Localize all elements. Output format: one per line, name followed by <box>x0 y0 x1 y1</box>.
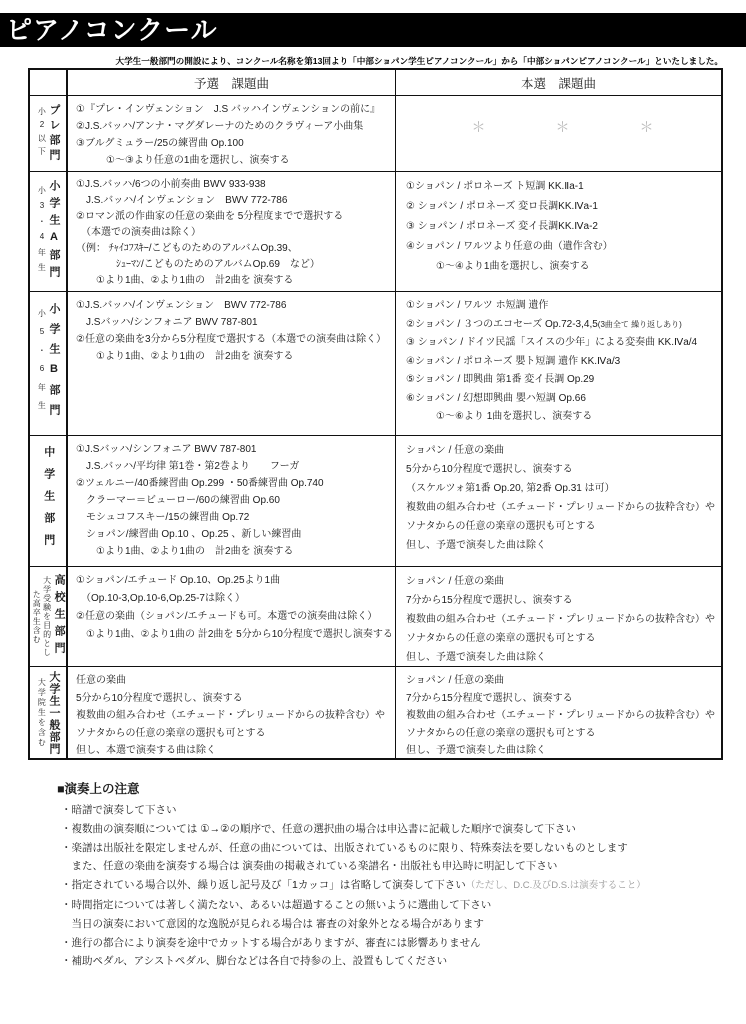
note-line: ・楽譜は出版社を限定しませんが、任意の曲については、出版されているものに限り、特… <box>57 839 722 858</box>
preliminary-pieces-cell: ①『プレ・インヴェンション J.S バッハインヴェンションの前に』 ②J.S.バ… <box>68 96 396 171</box>
text-line: ①ショパン / ワルツ ホ短調 遺作 <box>406 297 719 316</box>
section-row-high-school: た高卒生含む 大学受験を目的とし 高校生部門 ①ショパン/エチュード Op.10… <box>30 566 721 666</box>
preliminary-pieces-cell: 任意の楽曲 5分から10分程度で選択し、演奏する 複数曲の組み合わせ（エチュード… <box>68 667 396 758</box>
performance-notes: ■演奏上の注意 ・暗譜で演奏して下さい ・複数曲の演奏順については ①→②の順序… <box>57 779 722 971</box>
category-name-label: 高校生部門 <box>53 574 65 659</box>
note-line: 当日の演奏において意図的な逸脱が見られる場合は 審査の対象外となる場合があります <box>57 915 722 934</box>
text-line: ショパン/練習曲 Op.10 、Op.25 、新しい練習曲 <box>76 526 393 543</box>
note-line: また、任意の楽曲を演奏する場合は 演奏曲の掲載されている楽譜名・出版社も申込時に… <box>57 857 722 876</box>
text-line: ③ブルグミュラー/25の練習曲 Op.100 <box>76 135 393 152</box>
text-line: 7分から15分程度で選択し、演奏する <box>406 591 719 610</box>
repeat-note: (3曲全て 繰り返しあり) <box>598 320 682 329</box>
text-line: （Op.10-3,Op.10-6,Op.25-7は除く） <box>76 590 393 608</box>
text-line: ショパン / 任意の楽曲 <box>406 441 719 460</box>
note-line: ・指定されている場合以外、繰り返し記号及び「1カッコ」は省略して演奏して下さい（… <box>57 876 722 896</box>
section-row-university-general: 大学院生を含む 大学生一般部門 任意の楽曲 5分から10分程度で選択し、演奏する… <box>30 666 721 758</box>
text-line: ①より1曲、②より1曲の 計2曲を 演奏する <box>76 543 393 560</box>
final-pieces-cell: ショパン / 任意の楽曲 7分から15分程度で選択し、演奏する 複数曲の組み合わ… <box>396 567 721 666</box>
title-banner: ピアノコンクール <box>0 13 746 47</box>
text-line: クラーマー＝ビューロー/60の練習曲 Op.60 <box>76 492 393 509</box>
text-line: （例： ﾁｬｲｺﾌｽｷｰ/こどものためのアルバムOp.39、 <box>76 241 393 257</box>
preliminary-pieces-cell: ①ショパン/エチュード Op.10、Op.25より1曲 （Op.10-3,Op.… <box>68 567 396 666</box>
text-line: 複数曲の組み合わせ（エチュード・プレリュードからの抜粋含む）や <box>76 707 393 725</box>
header-preliminary: 予選 課題曲 <box>68 70 396 95</box>
text-line: ソナタからの任意の楽章の選択も可とする <box>406 629 719 648</box>
text-line: ①～③より任意の1曲を選択し、演奏する <box>76 152 393 169</box>
asterisks-row: ＊ ＊ ＊ <box>406 101 719 137</box>
category-note-label: 大学受験を目的とし <box>42 576 50 657</box>
text-line: J.S.バッハ/インヴェンション BWV 772-786 <box>76 193 393 209</box>
category-label-cell: た高卒生含む 大学受験を目的とし 高校生部門 <box>30 567 68 666</box>
text-line: ショパン / 任意の楽曲 <box>406 572 719 591</box>
section-row-elementary-b: 小5・6年生 小学生B部門 ①J.S.バッハ/インヴェンション BWV 772-… <box>30 291 721 435</box>
text-line: 複数曲の組み合わせ（エチュード・プレリュードからの抜粋含む）や <box>406 707 719 725</box>
rename-notice-text: 大学生一般部門の開設により、コンクール名称を第13回より「中部ショパン学生ピアノ… <box>115 55 723 67</box>
table-header-row: 予選 課題曲 本選 課題曲 <box>30 70 721 95</box>
text-line: ①ショパン/エチュード Op.10、Op.25より1曲 <box>76 572 393 590</box>
category-note-label: 大学院生を含む <box>37 678 45 748</box>
note-line: ・暗譜で演奏して下さい <box>57 801 722 820</box>
category-grade-label: 小2以下 <box>37 107 45 160</box>
text-line: J.Sバッハ/シンフォニア BWV 787-801 <box>76 314 393 331</box>
notes-heading: ■演奏上の注意 <box>57 779 722 797</box>
text-line: ③ ショパン / ポロネーズ 変イ長調KK.Ⅳa-2 <box>406 217 719 237</box>
category-label-cell: 大学院生を含む 大学生一般部門 <box>30 667 68 758</box>
note-line: ・進行の都合により演奏を途中でカットする場合がありますが、審査には影響ありません <box>57 934 722 953</box>
text-line: ②ショパン / ３つのエコセーズ Op.72-3,4,5(3曲全て 繰り返しあり… <box>406 316 719 335</box>
category-grade-label: 小3・4年生 <box>37 186 45 278</box>
category-name-label: プレ部門 <box>47 104 59 164</box>
note-line: ・補助ペダル、アシストペダル、脚台などは各自で持参の上、設置もしてください <box>57 952 722 971</box>
preliminary-pieces-cell: ①J.S.バッハ/6つの小前奏曲 BWV 933-938 J.S.バッハ/インヴ… <box>68 172 396 291</box>
section-row-junior-high: 中学生部門 ①J.Sバッハ/シンフォニア BWV 787-801 J.S.バッハ… <box>30 435 721 566</box>
text-line: 但し、本選で演奏する曲は除く <box>76 742 393 758</box>
text-line: 複数曲の組み合わせ（エチュード・プレリュードからの抜粋含む）や <box>406 498 719 517</box>
category-grade-label: 小5・6年生 <box>37 309 45 419</box>
header-final: 本選 課題曲 <box>396 70 721 95</box>
category-label-cell: 小3・4年生 小学生A部門 <box>30 172 68 291</box>
text-line: ①～④より1曲を選択し、演奏する <box>406 257 719 277</box>
text-line: ⑥ショパン / 幻想即興曲 嬰ハ短調 Op.66 <box>406 390 719 409</box>
text-line: 但し、予選で演奏した曲は除く <box>406 648 719 666</box>
text-line: ①J.S.バッハ/インヴェンション BWV 772-786 <box>76 297 393 314</box>
text-line: 5分から10分程度で選択し、演奏する <box>406 460 719 479</box>
text-line: モシュコフスキー/15の練習曲 Op.72 <box>76 509 393 526</box>
text-line: ②任意の楽曲（ショパン/エチュードも可。本選での演奏曲は除く） <box>76 608 393 626</box>
text-line: ①より1曲、②より1曲の 計2曲を 演奏する <box>76 273 393 289</box>
final-pieces-cell: ショパン / 任意の楽曲 5分から10分程度で選択し、演奏する （スケルツォ第1… <box>396 436 721 566</box>
note-gray-supplement: （ただし、D.C.及びD.S.は演奏すること） <box>466 880 646 891</box>
text-line: ①より1曲、②より1曲の 計2曲を 演奏する <box>76 348 393 365</box>
text-line: ①J.Sバッハ/シンフォニア BWV 787-801 <box>76 441 393 458</box>
text-line: ①ショパン / ポロネーズ ト短調 KK.Ⅱa-1 <box>406 177 719 197</box>
final-pieces-cell: ショパン / 任意の楽曲 7分から15分程度で選択し、演奏する 複数曲の組み合わ… <box>396 667 721 758</box>
text-line: ④ショパン / ワルツより任意の曲（遺作含む） <box>406 237 719 257</box>
text-line: ソナタからの任意の楽章の選択も可とする <box>406 517 719 536</box>
repertoire-table: 予選 課題曲 本選 課題曲 小2以下 プレ部門 ①『プレ・インヴェンション J.… <box>28 68 723 760</box>
text-line: ②ロマン派の作曲家の任意の楽曲を 5分程度までで選択する <box>76 209 393 225</box>
note-line: ・時間指定については著しく満たない、あるいは超過することの無いように選曲して下さ… <box>57 896 722 915</box>
text-line: ①～⑥より 1曲を選択し、演奏する <box>406 408 719 427</box>
preliminary-pieces-cell: ①J.S.バッハ/インヴェンション BWV 772-786 J.Sバッハ/シンフ… <box>68 292 396 435</box>
text-line: ショパン / 任意の楽曲 <box>406 672 719 690</box>
text-line: 但し、予選で演奏した曲は除く <box>406 742 719 758</box>
text-line: 任意の楽曲 <box>76 672 393 690</box>
text-line: 7分から15分程度で選択し、演奏する <box>406 690 719 708</box>
text-line: ①より1曲、②より1曲の 計2曲を 5分から10分程度で選択し演奏する <box>76 626 393 644</box>
text-line: 但し、予選で演奏した曲は除く <box>406 536 719 555</box>
category-name-label: 小学生A部門 <box>47 180 59 283</box>
text-line: （スケルツォ第1番 Op.20, 第2番 Op.31 は可） <box>406 479 719 498</box>
note-line: ・複数曲の演奏順については ①→②の順序で、任意の選択曲の場合は申込書に記載した… <box>57 820 722 839</box>
page-title: ピアノコンクール <box>0 13 746 47</box>
text-line: ①J.S.バッハ/6つの小前奏曲 BWV 933-938 <box>76 177 393 193</box>
text-line: ②任意の楽曲を3分から5分程度で選択する（本選での演奏曲は除く） <box>76 331 393 348</box>
text-line: ②J.S.バッハ/アンナ・マグダレーナのためのクラヴィーア小曲集 <box>76 118 393 135</box>
final-pieces-cell: ①ショパン / ポロネーズ ト短調 KK.Ⅱa-1 ② ショパン / ポロネーズ… <box>396 172 721 291</box>
text-line: ソナタからの任意の楽章の選択も可とする <box>76 725 393 743</box>
category-name-label: 大学生一般部門 <box>47 671 59 755</box>
section-row-elementary-a: 小3・4年生 小学生A部門 ①J.S.バッハ/6つの小前奏曲 BWV 933-9… <box>30 171 721 291</box>
text-line: ②ツェルニー/40番練習曲 Op.299 ・50番練習曲 Op.740 <box>76 475 393 492</box>
text-line: 複数曲の組み合わせ（エチュード・プレリュードからの抜粋含む）や <box>406 610 719 629</box>
final-pieces-cell: ＊ ＊ ＊ <box>396 96 721 171</box>
text-line: ④ショパン / ポロネーズ 嬰ト短調 遺作 KK.Ⅳa/3 <box>406 353 719 372</box>
text-line: ｼｭｰﾏﾝ/こどものためのアルバムOp.69 など） <box>76 257 393 273</box>
category-label-cell: 小2以下 プレ部門 <box>30 96 68 171</box>
text-line: 5分から10分程度で選択し、演奏する <box>76 690 393 708</box>
section-row-pre: 小2以下 プレ部門 ①『プレ・インヴェンション J.S バッハインヴェンションの… <box>30 95 721 171</box>
category-note-label: た高卒生含む <box>32 590 40 644</box>
text-line: ①『プレ・インヴェンション J.S バッハインヴェンションの前に』 <box>76 101 393 118</box>
text-line: J.S.バッハ/平均律 第1巻・第2巻より フーガ <box>76 458 393 475</box>
category-label-cell: 小5・6年生 小学生B部門 <box>30 292 68 435</box>
category-name-label: 小学生B部門 <box>47 303 59 424</box>
text-line: ② ショパン / ポロネーズ 変ロ長調KK.Ⅳa-1 <box>406 197 719 217</box>
category-name-label: 中学生部門 <box>42 446 54 556</box>
text-line: ⑤ショパン / 即興曲 第1番 変イ長調 Op.29 <box>406 371 719 390</box>
header-category-cell <box>30 70 68 95</box>
preliminary-pieces-cell: ①J.Sバッハ/シンフォニア BWV 787-801 J.S.バッハ/平均律 第… <box>68 436 396 566</box>
text-line: （本選での演奏曲は除く） <box>76 225 393 241</box>
final-pieces-cell: ①ショパン / ワルツ ホ短調 遺作 ②ショパン / ３つのエコセーズ Op.7… <box>396 292 721 435</box>
text-line: ③ ショパン / ドイツ民謡「スイスの少年」による変奏曲 KK.Ⅳa/4 <box>406 334 719 353</box>
text-line: ソナタからの任意の楽章の選択も可とする <box>406 725 719 743</box>
category-label-cell: 中学生部門 <box>30 436 68 566</box>
